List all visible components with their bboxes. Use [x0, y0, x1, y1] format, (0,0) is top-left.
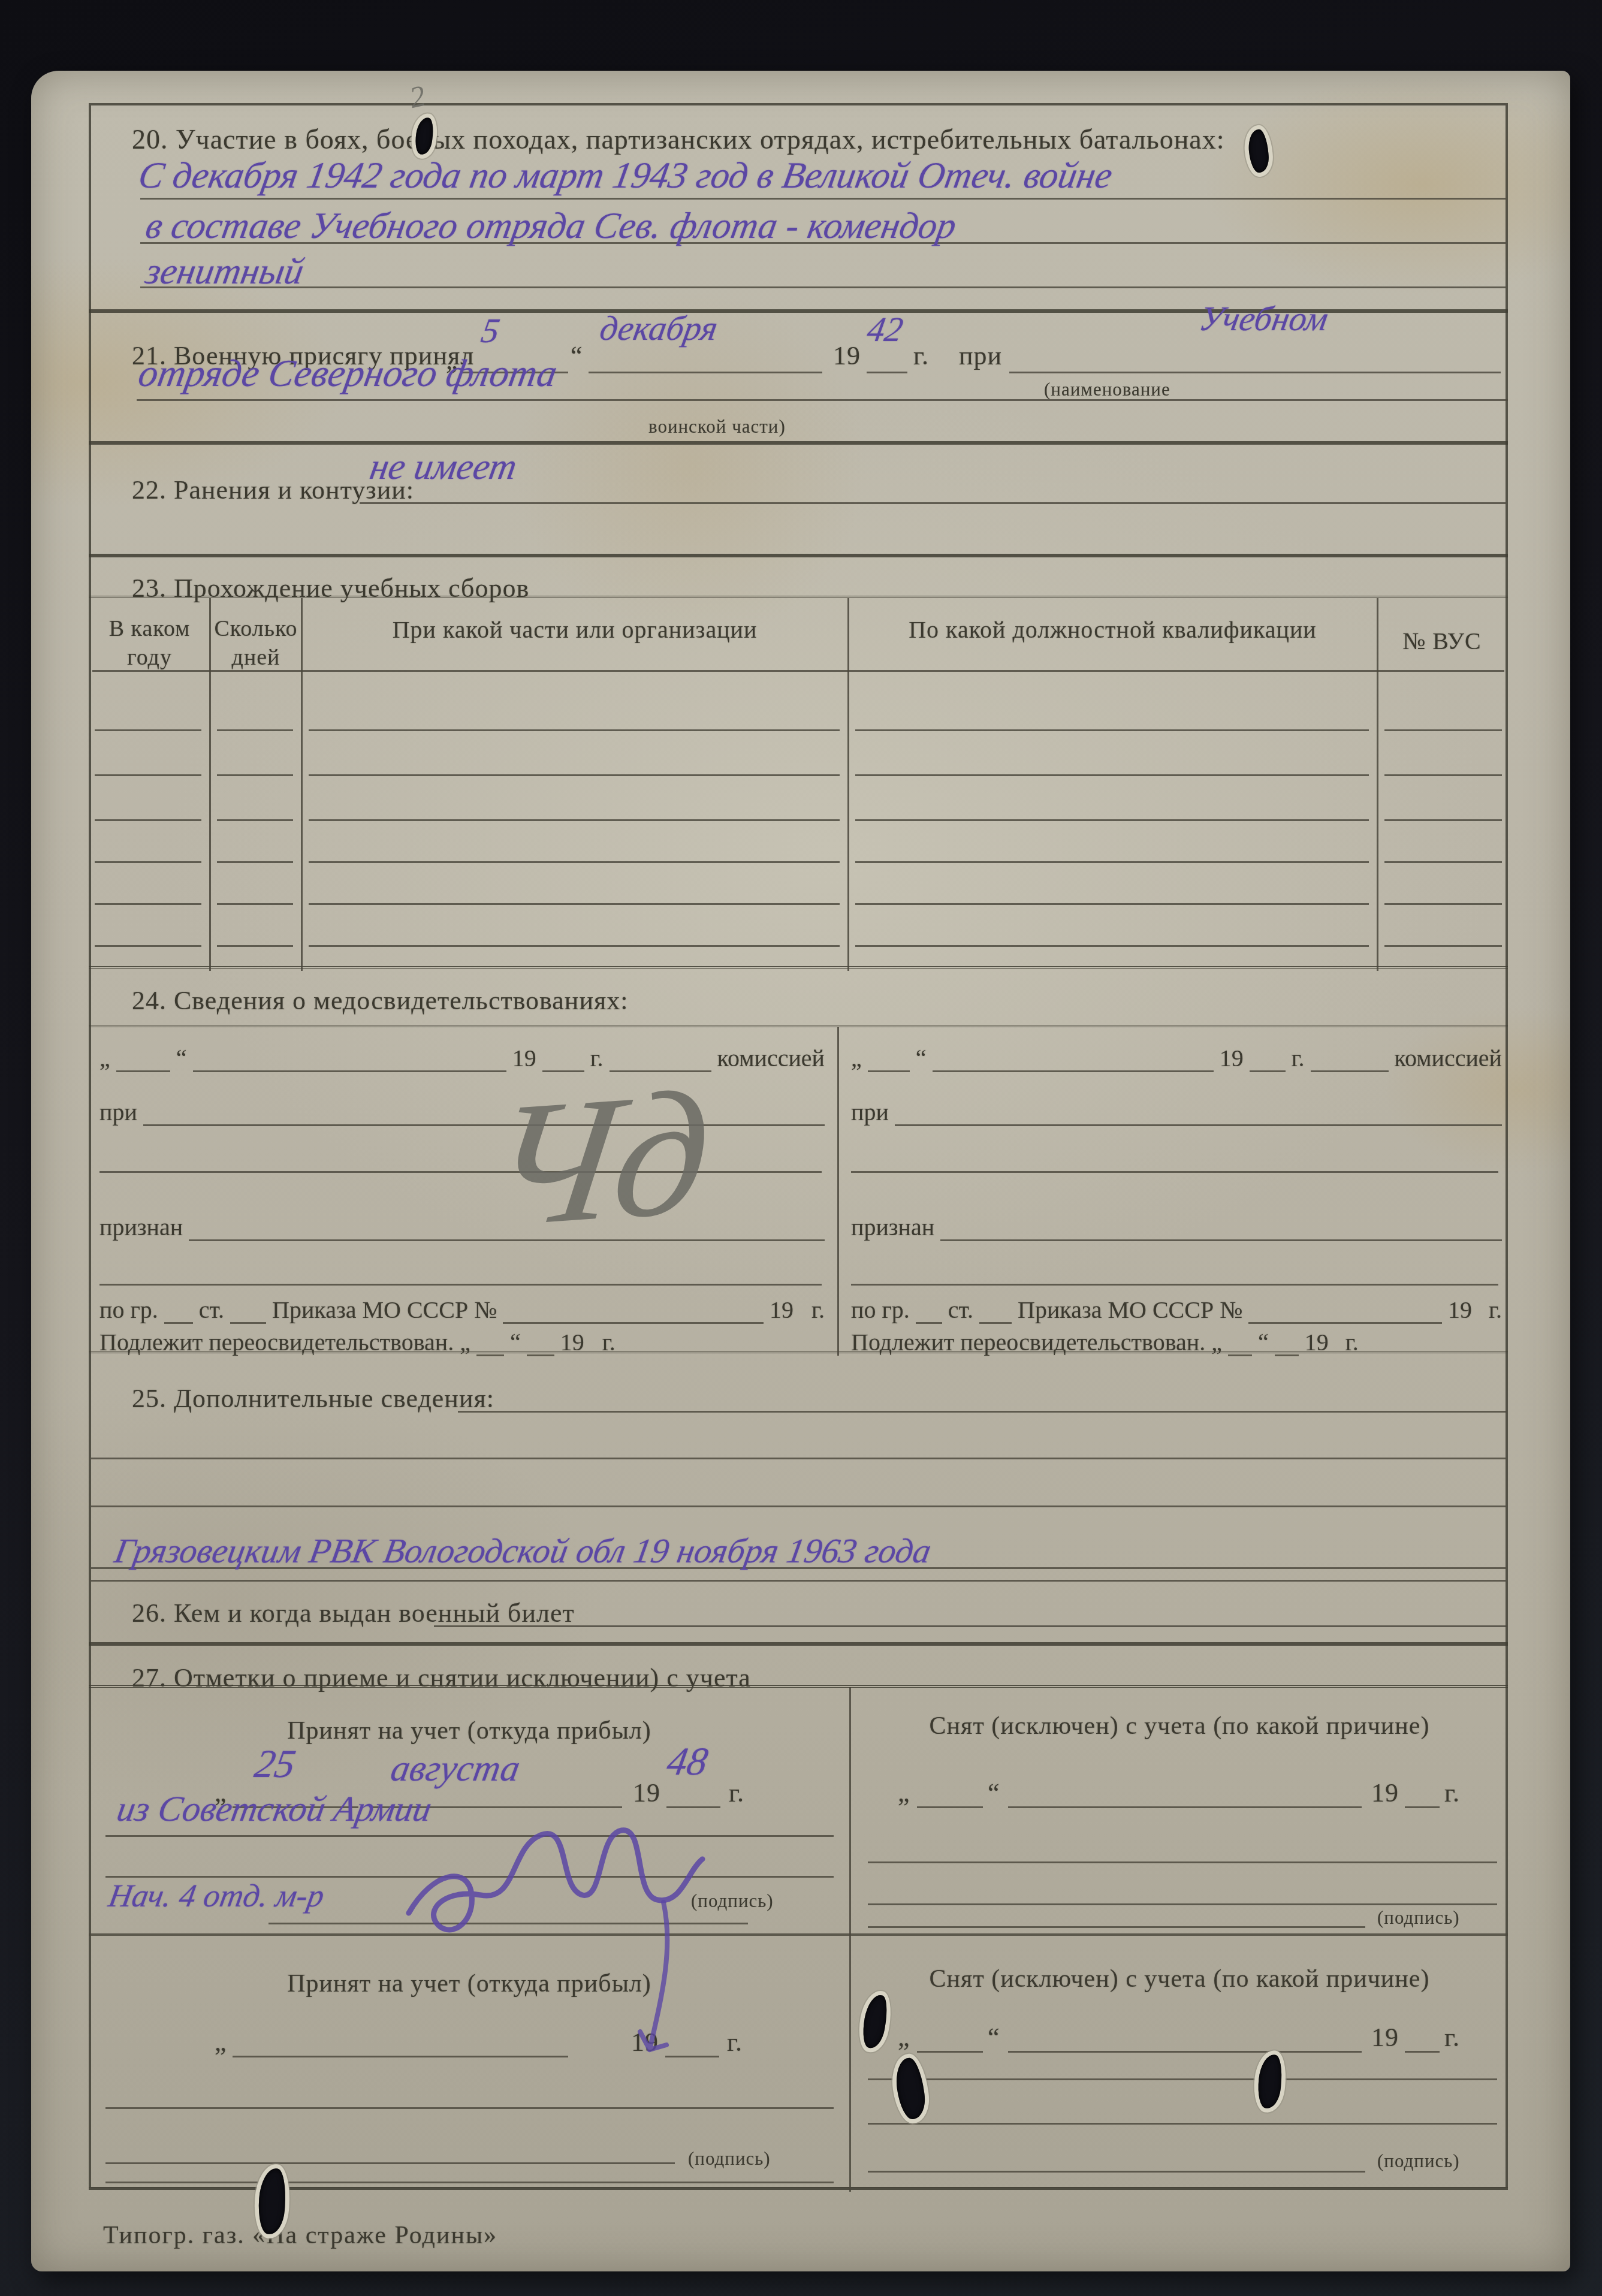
caption-naimenovanie: (наименование [1044, 379, 1170, 400]
blank [527, 1331, 554, 1356]
blank [164, 1299, 193, 1324]
year-19: 19 [1448, 1296, 1472, 1324]
blank [940, 1216, 1502, 1241]
ruled-line [868, 1926, 1365, 1928]
blank-line [917, 2051, 983, 2053]
g-label: г. [1444, 1778, 1460, 1808]
item27-handwriting-month: августа [388, 1748, 523, 1790]
quote-open: „ [898, 1778, 910, 1808]
quote-close: “ [988, 1778, 1000, 1808]
ruled-line [140, 286, 1506, 288]
col-header-year: В каком году [91, 615, 208, 672]
col-header-days: Сколько дней [212, 615, 300, 672]
blank [193, 1047, 506, 1072]
ruled-line [851, 1171, 1498, 1173]
column-divider [301, 598, 303, 971]
quote-close: “ [510, 1328, 521, 1356]
g-label: г. [1345, 1328, 1359, 1356]
blank [916, 1299, 942, 1324]
item26-handwriting: Грязовецким РВК Вологодской обл 19 ноябр… [111, 1531, 934, 1571]
blank [1248, 1299, 1442, 1324]
section-divider [89, 1642, 1508, 1646]
item21-handwriting-unit2: отряде Северного флота [135, 351, 560, 396]
g-label: г. [1444, 2022, 1460, 2053]
blank [503, 1299, 764, 1324]
g-label: г. [729, 1778, 744, 1808]
year-19: 19 [833, 340, 861, 371]
item21-handwriting-unit: Учебном [1196, 298, 1331, 339]
st-label: ст. [199, 1296, 224, 1324]
col-header-unit: При какой части или организации [308, 615, 841, 645]
blank [230, 1299, 266, 1324]
blank [979, 1299, 1012, 1324]
item20-handwriting-line1: С декабря 1942 года по март 1943 год в В… [135, 155, 1116, 197]
table-row [95, 903, 1502, 905]
table-row [95, 861, 1502, 863]
blank-line [1009, 372, 1501, 373]
blank [143, 1101, 825, 1126]
removed-header: Снят (исключен) с учета (по какой причин… [862, 1712, 1497, 1740]
blank [933, 1047, 1214, 1072]
blank [1250, 1047, 1286, 1072]
removed-header: Снят (исключен) с учета (по какой причин… [862, 1965, 1497, 1993]
blank-line [1008, 1806, 1362, 1808]
item24-label: 24. Сведения о медосвидетельствованиях: [132, 985, 628, 1016]
blank [1228, 1331, 1252, 1356]
ruled-line [868, 2078, 1497, 2080]
blank [895, 1101, 1502, 1126]
year-19: 19 [1371, 1778, 1399, 1808]
year-19: 19 [1220, 1044, 1244, 1072]
pri-label: при [99, 1098, 137, 1126]
col-header-vus: № ВУС [1379, 627, 1505, 655]
item22-handwriting: не имеет [367, 446, 520, 488]
ruled-line [105, 2162, 675, 2164]
panel-divider [849, 1688, 851, 2192]
quote-open: „ [851, 1044, 862, 1072]
item21-handwriting-year: 42 [864, 309, 906, 349]
podlezhit-label: Подлежит переосвидетельствован. [851, 1328, 1205, 1356]
training-table: В каком году Сколько дней При какой част… [89, 596, 1508, 969]
table-row [95, 774, 1502, 776]
komissiey-label: комиссией [717, 1044, 825, 1072]
quote-open: „ [898, 2022, 910, 2053]
ruled-line [105, 2182, 834, 2183]
scanned-military-document: 20. Участие в боях, боевых походах, парт… [0, 0, 1602, 2296]
ruled-line [91, 1505, 1506, 1507]
item20-label: 20. Участие в боях, боевых походах, парт… [132, 123, 1225, 155]
blank-line [360, 502, 1506, 504]
blank [476, 1331, 504, 1356]
quote-close: “ [916, 1044, 927, 1072]
st-label: ст. [948, 1296, 973, 1324]
table-row [95, 729, 1502, 731]
table-row [95, 945, 1502, 947]
header-bottom-rule [92, 670, 1504, 672]
ruled-line [868, 2123, 1497, 2125]
g-label: г. [727, 2027, 743, 2057]
blank [116, 1047, 170, 1072]
ruled-line [91, 1580, 1506, 1582]
item27-handwriting-from: из Советской Армии [114, 1788, 435, 1830]
blank-line [458, 1411, 1507, 1413]
quote-open: „ [460, 1328, 470, 1356]
ruled-line [137, 399, 1508, 401]
col-header-qualification: По какой должностной квалификации [853, 615, 1372, 645]
item21-handwriting-month: декабря [597, 308, 721, 348]
blank-line [1008, 2051, 1362, 2053]
year-19: 19 [1305, 1328, 1329, 1356]
item27-handwriting-day: 25 [251, 1742, 298, 1787]
ruled-line [868, 1903, 1497, 1905]
caption-voinskoy-chasti: воинской части) [648, 416, 786, 438]
g-label: г. [1489, 1296, 1502, 1324]
item20-handwriting-line2: в составе Учебного отряда Сев. флота - к… [143, 205, 960, 248]
item27-handwriting-signature-title: Нач. 4 отд. м-р [106, 1877, 327, 1914]
medical-table: „“19г.комиссией при признан по гр.ст.При… [89, 1025, 1508, 1353]
signature-scribble [391, 1799, 726, 2081]
printer-footer: Типогр. газ. «На страже Родины» [103, 2221, 497, 2250]
prikaz-label: Приказа МО СССР № [272, 1296, 497, 1324]
blank-line [589, 372, 822, 373]
blank [1311, 1047, 1389, 1072]
table-row [95, 819, 1502, 821]
ruled-line [91, 1458, 1506, 1459]
item27-handwriting-year: 48 [663, 1739, 711, 1785]
section-divider [89, 554, 1508, 557]
quote-open: „ [215, 2027, 227, 2057]
medical-panel-right: „“19г.комиссией при признан по гр.ст.При… [851, 1027, 1502, 1351]
g-label: г. [1292, 1044, 1305, 1072]
g-label: г. [811, 1296, 825, 1324]
year-19: 19 [770, 1296, 794, 1324]
registration-table: Принят на учет (откуда прибыл) „ 25 авгу… [89, 1685, 1508, 2189]
pri-label: при [959, 340, 1002, 371]
podpis-caption: (подпись) [1377, 2150, 1460, 2172]
year-19: 19 [1371, 2022, 1399, 2053]
item26-label: 26. Кем и когда выдан военный билет [132, 1598, 575, 1628]
item25-label: 25. Дополнительные сведения: [132, 1383, 494, 1414]
year-19: 19 [560, 1328, 584, 1356]
paper-sheet: 20. Участие в боях, боевых походах, парт… [31, 71, 1570, 2271]
column-divider [209, 598, 211, 971]
pencil-annotation: Чд [480, 1070, 720, 1247]
item20-handwriting-line3: зенитный [143, 251, 307, 293]
pri-label: при [851, 1098, 889, 1126]
panel-divider [837, 1027, 839, 1356]
column-divider [1377, 598, 1378, 971]
ruled-line [99, 1171, 822, 1173]
blank-line [1405, 2051, 1440, 2053]
section-divider [89, 441, 1508, 445]
row-divider [89, 1933, 1508, 1936]
podlezhit-label: Подлежит переосвидетельствован. [99, 1328, 454, 1356]
ruled-line [140, 198, 1506, 200]
quote-close: “ [571, 340, 583, 371]
podpis-caption: (подпись) [1377, 1907, 1460, 1929]
quote-close: “ [1258, 1328, 1269, 1356]
quote-close: “ [988, 2022, 1000, 2053]
po-gr-label: по гр. [99, 1296, 158, 1324]
ruled-line [99, 1284, 822, 1286]
ruled-line [868, 2171, 1365, 2173]
ruled-line [851, 1284, 1498, 1286]
g-label: г. [913, 340, 929, 371]
blank [868, 1047, 910, 1072]
g-label: г. [602, 1328, 616, 1356]
ruled-line [105, 2107, 834, 2109]
prikaz-label: Приказа МО СССР № [1018, 1296, 1242, 1324]
blank-line [434, 1625, 1507, 1627]
blank-line [867, 372, 907, 373]
blank-line [917, 1806, 983, 1808]
quote-open: „ [99, 1044, 110, 1072]
po-gr-label: по гр. [851, 1296, 910, 1324]
ruled-line [868, 1861, 1497, 1863]
quote-close: “ [176, 1044, 187, 1072]
priznan-label: признан [99, 1213, 183, 1241]
priznan-label: признан [851, 1213, 934, 1241]
komissiey-label: комиссией [1395, 1044, 1502, 1072]
blank [1275, 1331, 1299, 1356]
column-divider [847, 598, 849, 971]
podpis-caption: (подпись) [688, 2148, 771, 2170]
quote-open: „ [1211, 1328, 1222, 1356]
blank-line [1405, 1806, 1440, 1808]
